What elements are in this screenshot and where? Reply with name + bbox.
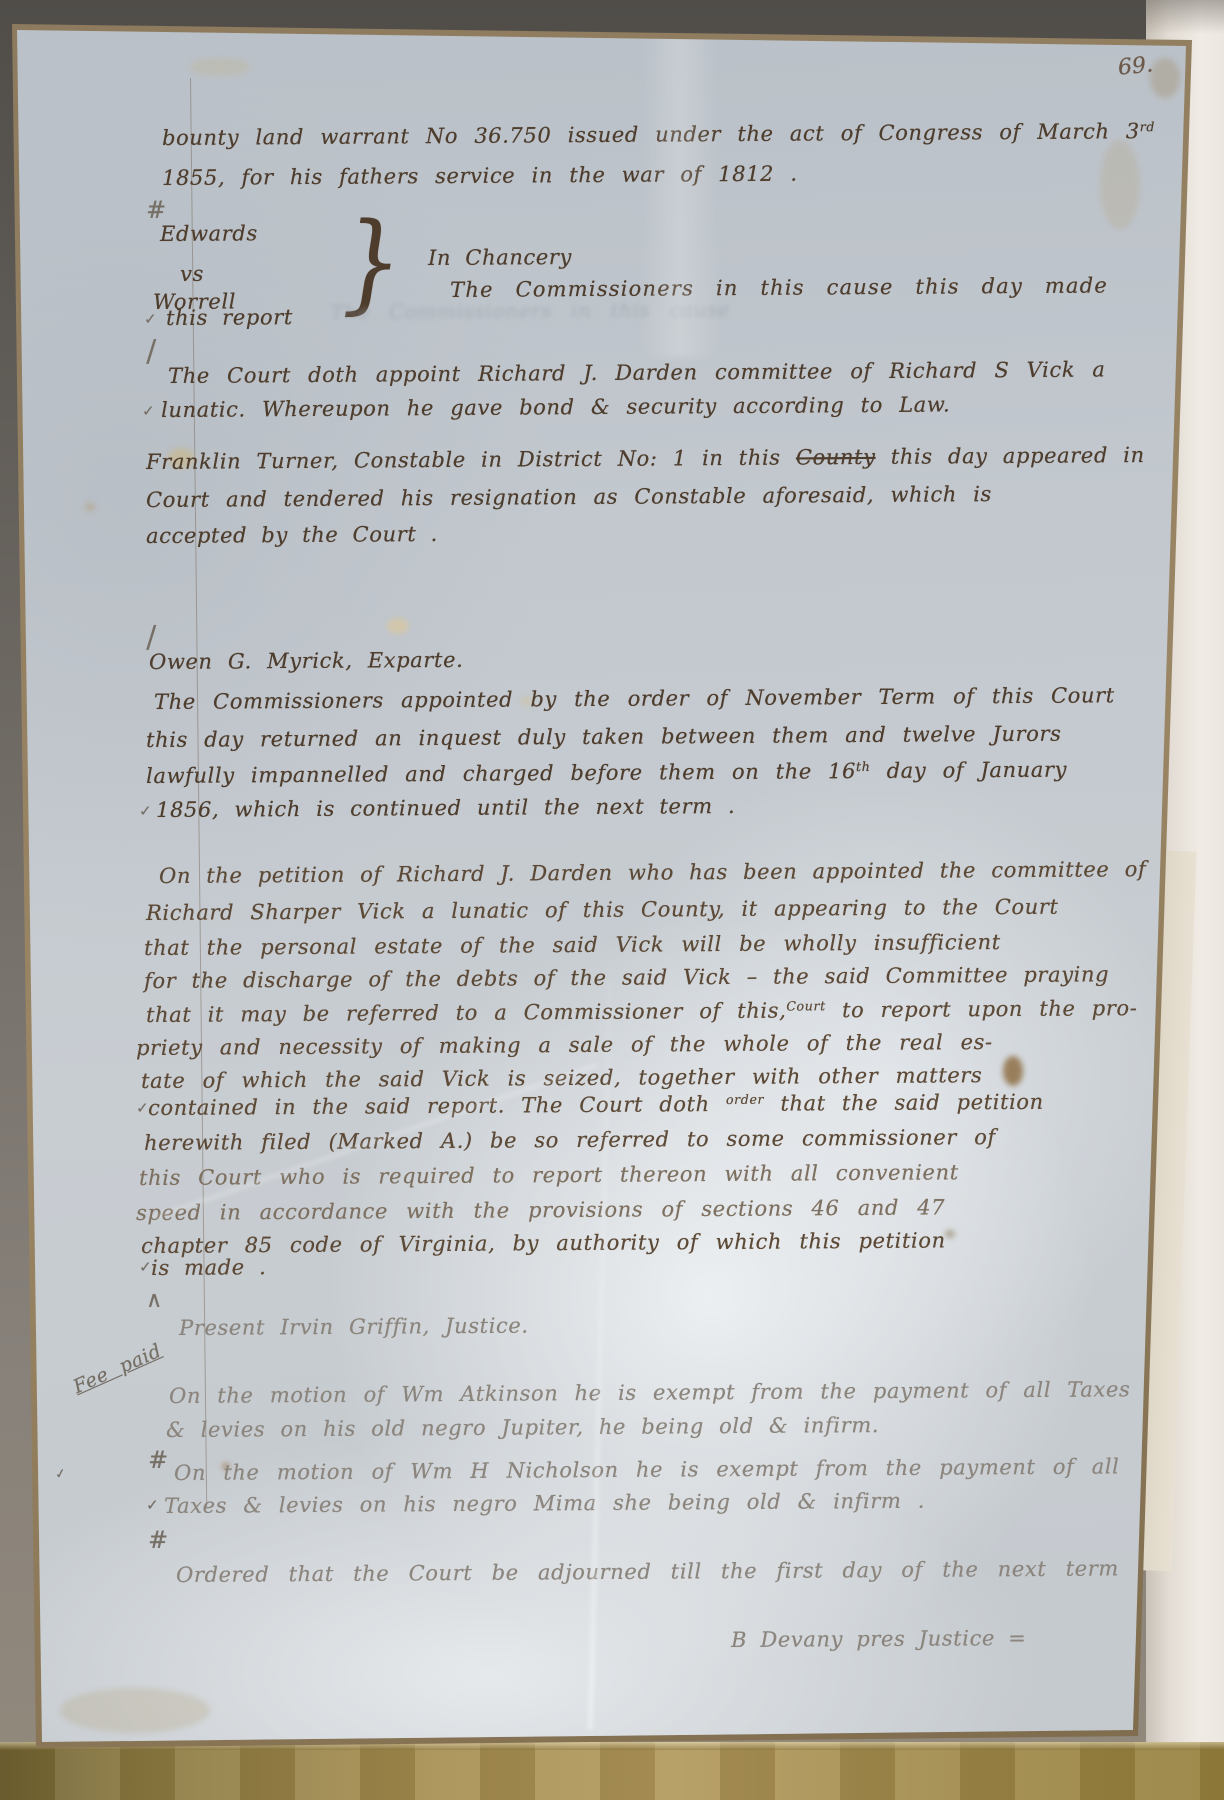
margin-check-mark: ✓ [136, 1099, 149, 1117]
stain [945, 1230, 955, 1238]
stain [1003, 1056, 1023, 1086]
manuscript-page: bounty land warrant No 36.750 issued und… [0, 0, 1224, 1800]
stain [1100, 140, 1140, 230]
case-caption-in-chancery: In Chancery [428, 245, 572, 270]
vick-petition-line-1: On the petition of Richard J. Darden who… [159, 857, 1146, 888]
vick-petition-line-4: for the discharge of the debts of the sa… [144, 962, 1109, 993]
margin-check-mark: ✓ [146, 1496, 159, 1514]
fee-paid-margin-note: Fee paid [70, 1340, 165, 1398]
myrick-entry-line-1: The Commissioners appointed by the order… [154, 683, 1115, 714]
margin-check-mark: ✓ [139, 1258, 152, 1276]
margin-tick-mark: ✓ [54, 1466, 67, 1483]
myrick-exparte-heading: Owen G. Myrick, Exparte. [149, 648, 463, 674]
vick-petition-line-9: herewith filed (Marked A.) be so referre… [144, 1125, 996, 1155]
stain [85, 503, 95, 511]
present-justice-line: Present Irvin Griffin, Justice. [179, 1314, 529, 1340]
stain [60, 1688, 210, 1733]
margin-hash-mark: # [146, 196, 166, 224]
atkinson-motion-line-1: On the motion of Wm Atkinson he is exemp… [169, 1377, 1130, 1408]
margin-check-mark: ✓ [139, 802, 152, 820]
atkinson-motion-line-2: & levies on his old negro Jupiter, he be… [166, 1413, 879, 1442]
margin-check-mark: ✓ [142, 402, 155, 420]
stain [387, 618, 409, 634]
myrick-entry-line-3: lawfully impannelled and charged before … [146, 758, 1067, 788]
chancery-entry-line-2: this report [166, 305, 293, 330]
wooden-table-strip [0, 1742, 1224, 1800]
nicholson-motion-line-1: On the motion of Wm H Nicholson he is ex… [174, 1454, 1120, 1485]
document-photo: bounty land warrant No 36.750 issued und… [0, 0, 1224, 1800]
darden-appointment-line-1: The Court doth appoint Richard J. Darden… [168, 357, 1106, 388]
vick-petition-line-13: is made . [151, 1255, 266, 1280]
case-caption-plaintiff: Edwards [160, 221, 258, 246]
case-caption-versus: vs [180, 262, 204, 286]
page-number: 69. [1117, 52, 1154, 81]
margin-hash-mark: # [148, 1526, 168, 1554]
darden-appointment-line-2: lunatic. Whereupon he gave bond & securi… [161, 392, 950, 422]
vick-petition-line-5: that it may be referred to a Commissione… [146, 996, 1137, 1027]
myrick-entry-line-2: this day returned an inquest duly taken … [146, 722, 1062, 752]
margin-caret-mark: ∧ [146, 1288, 162, 1313]
stain [1150, 58, 1180, 98]
stain [190, 58, 250, 76]
plastic-sheen [640, 28, 720, 358]
adjournment-order-line: Ordered that the Court be adjourned till… [176, 1556, 1119, 1587]
vick-petition-line-11: speed in accordance with the provisions … [136, 1195, 945, 1225]
vick-petition-line-3: that the personal estate of the said Vic… [144, 930, 1001, 960]
nicholson-motion-line-2: Taxes & levies on his negro Mima she bei… [164, 1489, 925, 1518]
turner-resignation-line-3: accepted by the Court . [146, 522, 438, 548]
myrick-entry-line-4: 1856, which is continued until the next … [156, 794, 735, 822]
vick-petition-line-10: this Court who is required to report the… [139, 1160, 959, 1190]
justice-signature: B Devany pres Justice = [731, 1626, 1026, 1652]
turner-resignation-line-2: Court and tendered his resignation as Co… [146, 482, 992, 512]
vick-petition-line-2: Richard Sharper Vick a lunatic of this C… [146, 895, 1059, 925]
margin-slash-mark: / [146, 334, 156, 369]
vick-petition-line-6: priety and necessity of making a sale of… [136, 1030, 993, 1060]
vick-petition-line-8: contained in the said report. The Court … [148, 1090, 1044, 1120]
vick-petition-line-12: chapter 85 code of Virginia, by authorit… [141, 1228, 946, 1258]
margin-check-mark: ✓ [144, 310, 157, 328]
turner-resignation-line-1: Franklin Turner, Constable in District N… [146, 443, 1145, 474]
margin-hash-mark: # [148, 1446, 168, 1474]
